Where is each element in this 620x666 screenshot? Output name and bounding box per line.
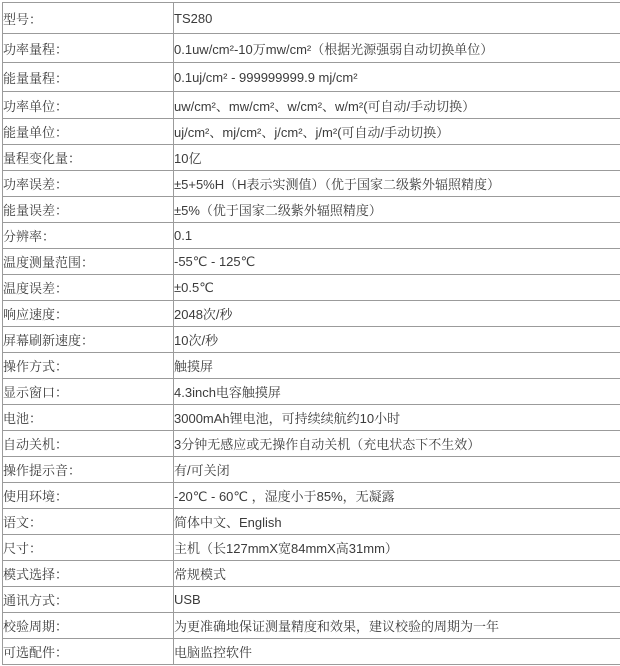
- spec-value: ±5%（优于国家二级紫外辐照精度）: [174, 197, 620, 223]
- table-row: 功率单位： uw/cm²、mw/cm²、w/cm²、w/m²(可自动/手动切换）: [3, 92, 620, 119]
- spec-label: 语文：: [3, 509, 174, 535]
- spec-value: -55℃ - 125℃: [174, 249, 620, 275]
- spec-value: ±0.5℃: [174, 275, 620, 301]
- spec-label: 通讯方式：: [3, 587, 174, 613]
- table-row: 屏幕刷新速度： 10次/秒: [3, 327, 620, 353]
- spec-label: 电池：: [3, 405, 174, 431]
- spec-value: 3分钟无感应或无操作自动关机（充电状态下不生效）: [174, 431, 620, 457]
- table-row: 能量量程： 0.1uj/cm² - 999999999.9 mj/cm²: [3, 63, 620, 92]
- spec-value: 0.1uw/cm²-10万mw/cm²（根据光源强弱自动切换单位）: [174, 34, 620, 63]
- spec-value: 简体中文、English: [174, 509, 620, 535]
- spec-value: uj/cm²、mj/cm²、j/cm²、j/m²(可自动/手动切换）: [174, 119, 620, 145]
- table-row: 型号： TS280: [3, 3, 620, 34]
- table-row: 分辨率： 0.1: [3, 223, 620, 249]
- spec-value: USB: [174, 587, 620, 613]
- table-row: 使用环境： -20℃ - 60℃ ，湿度小于85%，无凝露: [3, 483, 620, 509]
- table-row: 显示窗口： 4.3inch电容触摸屏: [3, 379, 620, 405]
- spec-table: 型号： TS280 功率量程： 0.1uw/cm²-10万mw/cm²（根据光源…: [2, 2, 620, 665]
- spec-label: 能量误差：: [3, 197, 174, 223]
- spec-value: 0.1uj/cm² - 999999999.9 mj/cm²: [174, 63, 620, 92]
- spec-label: 自动关机：: [3, 431, 174, 457]
- spec-label: 量程变化量：: [3, 145, 174, 171]
- table-row: 能量误差： ±5%（优于国家二级紫外辐照精度）: [3, 197, 620, 223]
- spec-value: 常规模式: [174, 561, 620, 587]
- spec-sheet: 型号： TS280 功率量程： 0.1uw/cm²-10万mw/cm²（根据光源…: [0, 0, 620, 665]
- spec-label: 模式选择：: [3, 561, 174, 587]
- table-row: 温度测量范围： -55℃ - 125℃: [3, 249, 620, 275]
- spec-label: 能量量程：: [3, 63, 174, 92]
- spec-value: 10亿: [174, 145, 620, 171]
- table-row: 电池： 3000mAh锂电池，可持续续航约10小时: [3, 405, 620, 431]
- spec-label: 型号：: [3, 3, 174, 34]
- table-row: 操作方式： 触摸屏: [3, 353, 620, 379]
- spec-value: 4.3inch电容触摸屏: [174, 379, 620, 405]
- spec-value: ±5+5%H（H表示实测值）（优于国家二级紫外辐照精度）: [174, 171, 620, 197]
- spec-label: 屏幕刷新速度：: [3, 327, 174, 353]
- spec-label: 功率量程：: [3, 34, 174, 63]
- spec-label: 可选配件：: [3, 639, 174, 665]
- spec-value: uw/cm²、mw/cm²、w/cm²、w/m²(可自动/手动切换）: [174, 92, 620, 119]
- spec-value: 0.1: [174, 223, 620, 249]
- table-row: 响应速度： 2048次/秒: [3, 301, 620, 327]
- table-row: 量程变化量： 10亿: [3, 145, 620, 171]
- spec-label: 功率误差：: [3, 171, 174, 197]
- table-row: 自动关机： 3分钟无感应或无操作自动关机（充电状态下不生效）: [3, 431, 620, 457]
- spec-value: 电脑监控软件: [174, 639, 620, 665]
- spec-value: 有/可关闭: [174, 457, 620, 483]
- spec-label: 操作方式：: [3, 353, 174, 379]
- table-row: 功率量程： 0.1uw/cm²-10万mw/cm²（根据光源强弱自动切换单位）: [3, 34, 620, 63]
- spec-value: -20℃ - 60℃ ，湿度小于85%，无凝露: [174, 483, 620, 509]
- spec-value: 主机（长127mmX宽84mmX高31mm）: [174, 535, 620, 561]
- spec-value: 10次/秒: [174, 327, 620, 353]
- spec-value: 2048次/秒: [174, 301, 620, 327]
- spec-value: 为更准确地保证测量精度和效果，建议校验的周期为一年: [174, 613, 620, 639]
- table-row: 校验周期： 为更准确地保证测量精度和效果，建议校验的周期为一年: [3, 613, 620, 639]
- table-row: 功率误差： ±5+5%H（H表示实测值）（优于国家二级紫外辐照精度）: [3, 171, 620, 197]
- spec-label: 操作提示音：: [3, 457, 174, 483]
- table-row: 操作提示音： 有/可关闭: [3, 457, 620, 483]
- spec-label: 能量单位：: [3, 119, 174, 145]
- spec-label: 功率单位：: [3, 92, 174, 119]
- table-row: 能量单位： uj/cm²、mj/cm²、j/cm²、j/m²(可自动/手动切换）: [3, 119, 620, 145]
- spec-label: 分辨率：: [3, 223, 174, 249]
- table-row: 语文： 简体中文、English: [3, 509, 620, 535]
- table-row: 可选配件： 电脑监控软件: [3, 639, 620, 665]
- spec-value: TS280: [174, 3, 620, 34]
- spec-label: 校验周期：: [3, 613, 174, 639]
- table-row: 温度误差： ±0.5℃: [3, 275, 620, 301]
- spec-label: 温度误差：: [3, 275, 174, 301]
- table-row: 模式选择： 常规模式: [3, 561, 620, 587]
- spec-value: 3000mAh锂电池，可持续续航约10小时: [174, 405, 620, 431]
- spec-label: 响应速度：: [3, 301, 174, 327]
- table-row: 通讯方式： USB: [3, 587, 620, 613]
- spec-label: 尺寸：: [3, 535, 174, 561]
- spec-value: 触摸屏: [174, 353, 620, 379]
- spec-label: 使用环境：: [3, 483, 174, 509]
- table-row: 尺寸： 主机（长127mmX宽84mmX高31mm）: [3, 535, 620, 561]
- spec-label: 显示窗口：: [3, 379, 174, 405]
- spec-label: 温度测量范围：: [3, 249, 174, 275]
